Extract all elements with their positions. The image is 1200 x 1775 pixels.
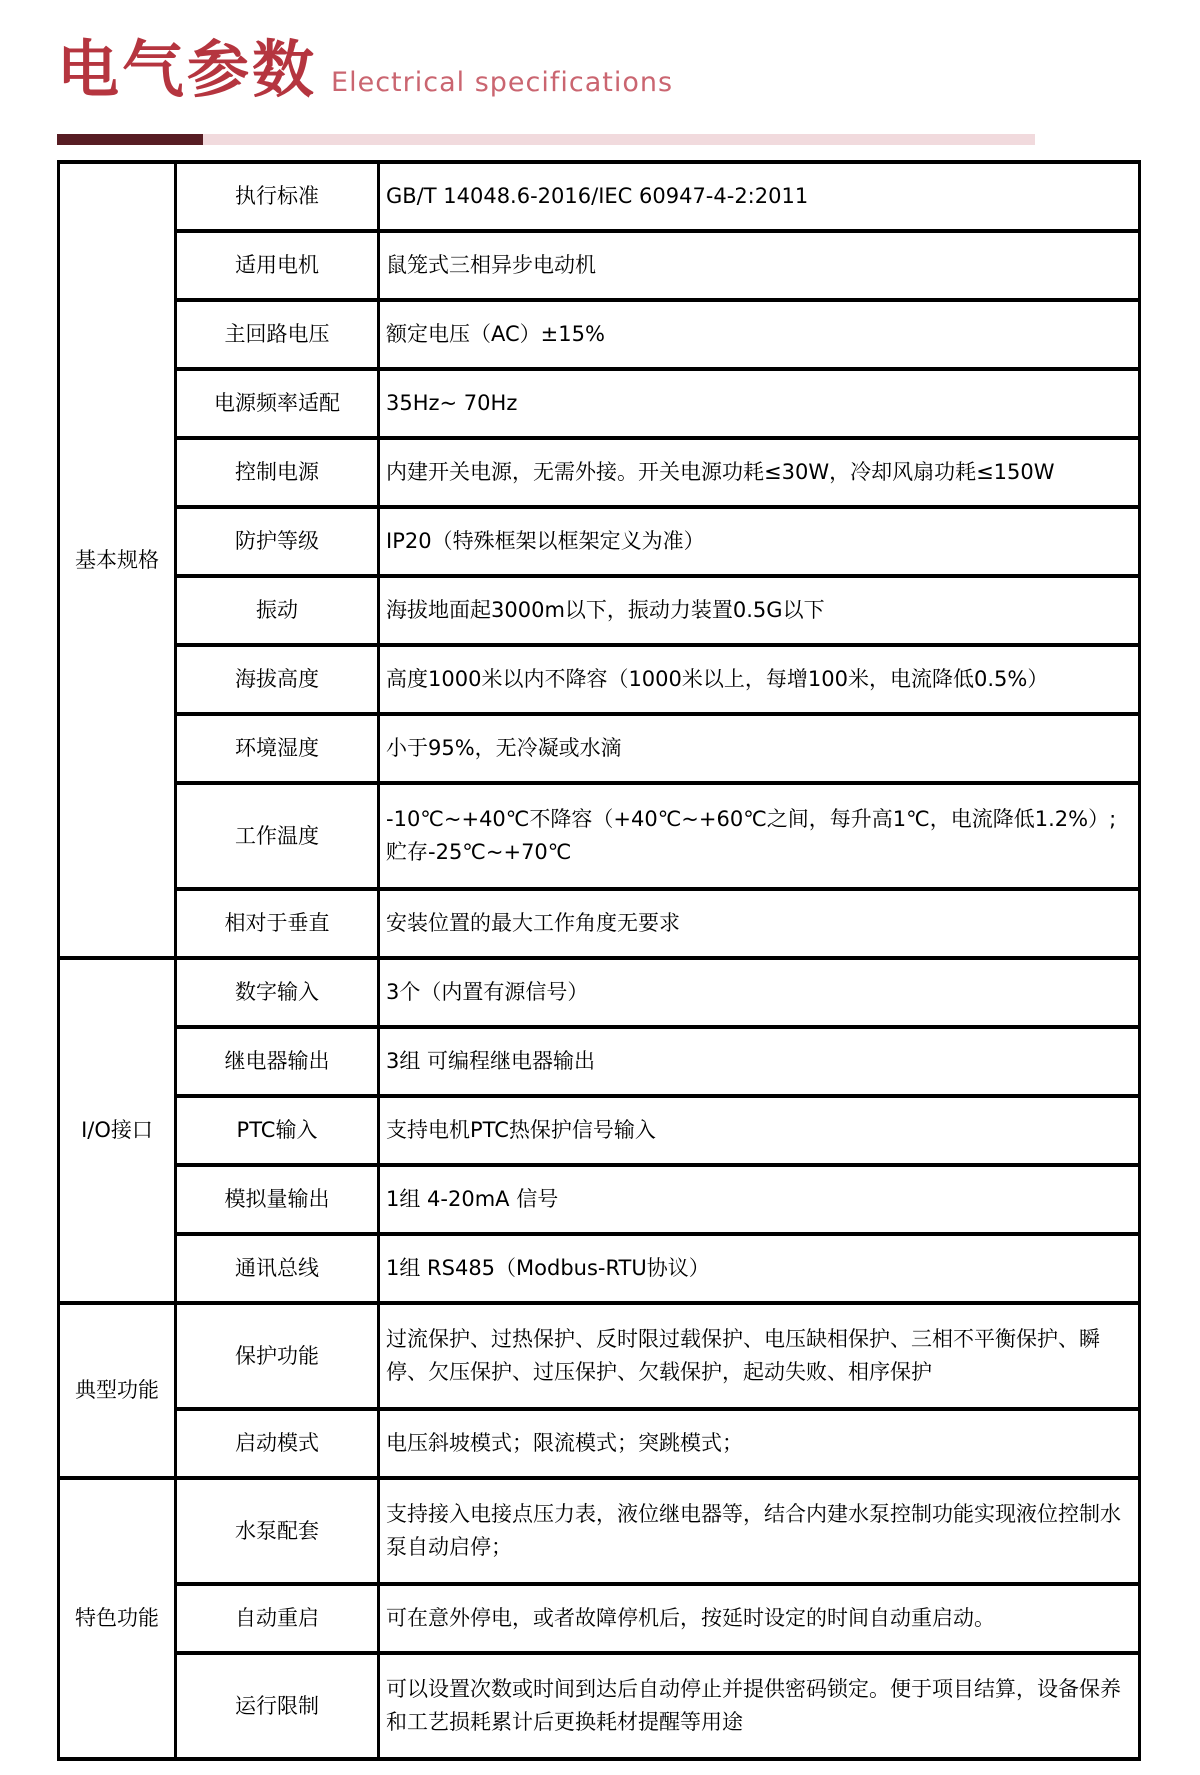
table-row: 控制电源 内建开关电源，无需外接。开关电源功耗≤30W，冷却风扇功耗≤150W bbox=[59, 438, 1140, 507]
param-value: 小于95%，无冷凝或水滴 bbox=[379, 714, 1140, 783]
param-value: GB/T 14048.6-2016/IEC 60947-4-2:2011 bbox=[379, 162, 1140, 231]
table-row: I/O接口 数字输入 3个（内置有源信号） bbox=[59, 958, 1140, 1027]
spec-sheet-page: 电气参数 Electrical specifications 基本规格 执行标准… bbox=[0, 0, 1200, 1761]
table-row: 启动模式 电压斜坡模式；限流模式；突跳模式； bbox=[59, 1409, 1140, 1478]
param-label: PTC输入 bbox=[176, 1096, 379, 1165]
param-label: 自动重启 bbox=[176, 1584, 379, 1653]
param-value: 支持电机PTC热保护信号输入 bbox=[379, 1096, 1140, 1165]
param-value: 1组 4-20mA 信号 bbox=[379, 1165, 1140, 1234]
param-label: 工作温度 bbox=[176, 783, 379, 889]
param-value: 35Hz~ 70Hz bbox=[379, 369, 1140, 438]
table-row: 防护等级 IP20（特殊框架以框架定义为准） bbox=[59, 507, 1140, 576]
table-row: 环境湿度 小于95%，无冷凝或水滴 bbox=[59, 714, 1140, 783]
category-cell-basic-specs: 基本规格 bbox=[59, 162, 176, 958]
category-cell-typical-functions: 典型功能 bbox=[59, 1303, 176, 1478]
table-row: 电源频率适配 35Hz~ 70Hz bbox=[59, 369, 1140, 438]
param-label: 水泵配套 bbox=[176, 1478, 379, 1584]
table-row: 振动 海拔地面起3000m以下，振动力装置0.5G以下 bbox=[59, 576, 1140, 645]
param-value: 电压斜坡模式；限流模式；突跳模式； bbox=[379, 1409, 1140, 1478]
page-title: 电气参数 Electrical specifications bbox=[57, 16, 1138, 104]
param-value: 支持接入电接点压力表，液位继电器等，结合内建水泵控制功能实现液位控制水泵自动启停… bbox=[379, 1478, 1140, 1584]
table-row: 运行限制 可以设置次数或时间到达后自动停止并提供密码锁定。便于项目结算，设备保养… bbox=[59, 1653, 1140, 1759]
table-row: 工作温度 -10℃~+40℃不降容（+40℃~+60℃之间，每升高1℃，电流降低… bbox=[59, 783, 1140, 889]
param-label: 运行限制 bbox=[176, 1653, 379, 1759]
param-value: 安装位置的最大工作角度无要求 bbox=[379, 889, 1140, 958]
param-value: 额定电压（AC）±15% bbox=[379, 300, 1140, 369]
param-value: 海拔地面起3000m以下，振动力装置0.5G以下 bbox=[379, 576, 1140, 645]
category-cell-io: I/O接口 bbox=[59, 958, 176, 1303]
table-row: 相对于垂直 安装位置的最大工作角度无要求 bbox=[59, 889, 1140, 958]
param-value: 1组 RS485（Modbus-RTU协议） bbox=[379, 1234, 1140, 1303]
param-value: 3个（内置有源信号） bbox=[379, 958, 1140, 1027]
param-label: 保护功能 bbox=[176, 1303, 379, 1409]
param-value: 3组 可编程继电器输出 bbox=[379, 1027, 1140, 1096]
param-value: 可在意外停电，或者故障停机后，按延时设定的时间自动重启动。 bbox=[379, 1584, 1140, 1653]
param-label: 控制电源 bbox=[176, 438, 379, 507]
param-label: 电源频率适配 bbox=[176, 369, 379, 438]
param-value: IP20（特殊框架以框架定义为准） bbox=[379, 507, 1140, 576]
param-label: 防护等级 bbox=[176, 507, 379, 576]
table-row: 模拟量输出 1组 4-20mA 信号 bbox=[59, 1165, 1140, 1234]
header: 电气参数 Electrical specifications bbox=[57, 16, 1138, 145]
table-row: 主回路电压 额定电压（AC）±15% bbox=[59, 300, 1140, 369]
table-row: 特色功能 水泵配套 支持接入电接点压力表，液位继电器等，结合内建水泵控制功能实现… bbox=[59, 1478, 1140, 1584]
electrical-spec-table: 基本规格 执行标准 GB/T 14048.6-2016/IEC 60947-4-… bbox=[57, 160, 1141, 1761]
param-label: 主回路电压 bbox=[176, 300, 379, 369]
table-row: 海拔高度 高度1000米以内不降容（1000米以上，每增100米，电流降低0.5… bbox=[59, 645, 1140, 714]
param-label: 相对于垂直 bbox=[176, 889, 379, 958]
table-row: 适用电机 鼠笼式三相异步电动机 bbox=[59, 231, 1140, 300]
param-label: 模拟量输出 bbox=[176, 1165, 379, 1234]
table-row: 自动重启 可在意外停电，或者故障停机后，按延时设定的时间自动重启动。 bbox=[59, 1584, 1140, 1653]
param-label: 执行标准 bbox=[176, 162, 379, 231]
param-label: 振动 bbox=[176, 576, 379, 645]
title-chinese: 电气参数 bbox=[57, 36, 317, 104]
param-label: 启动模式 bbox=[176, 1409, 379, 1478]
category-cell-special-functions: 特色功能 bbox=[59, 1478, 176, 1759]
title-underline-bar bbox=[57, 134, 1035, 145]
param-label: 继电器输出 bbox=[176, 1027, 379, 1096]
table-row: 通讯总线 1组 RS485（Modbus-RTU协议） bbox=[59, 1234, 1140, 1303]
param-value: 高度1000米以内不降容（1000米以上，每增100米，电流降低0.5%） bbox=[379, 645, 1140, 714]
param-value: 鼠笼式三相异步电动机 bbox=[379, 231, 1140, 300]
param-value: 内建开关电源，无需外接。开关电源功耗≤30W，冷却风扇功耗≤150W bbox=[379, 438, 1140, 507]
table-row: 典型功能 保护功能 过流保护、过热保护、反时限过载保护、电压缺相保护、三相不平衡… bbox=[59, 1303, 1140, 1409]
table-row: PTC输入 支持电机PTC热保护信号输入 bbox=[59, 1096, 1140, 1165]
param-label: 海拔高度 bbox=[176, 645, 379, 714]
table-row: 基本规格 执行标准 GB/T 14048.6-2016/IEC 60947-4-… bbox=[59, 162, 1140, 231]
table-row: 继电器输出 3组 可编程继电器输出 bbox=[59, 1027, 1140, 1096]
param-value: -10℃~+40℃不降容（+40℃~+60℃之间，每升高1℃，电流降低1.2%）… bbox=[379, 783, 1140, 889]
title-english: Electrical specifications bbox=[331, 67, 673, 104]
param-label: 数字输入 bbox=[176, 958, 379, 1027]
param-label: 环境湿度 bbox=[176, 714, 379, 783]
title-underline-dark-segment bbox=[57, 134, 203, 145]
param-label: 适用电机 bbox=[176, 231, 379, 300]
param-value: 过流保护、过热保护、反时限过载保护、电压缺相保护、三相不平衡保护、瞬停、欠压保护… bbox=[379, 1303, 1140, 1409]
param-label: 通讯总线 bbox=[176, 1234, 379, 1303]
param-value: 可以设置次数或时间到达后自动停止并提供密码锁定。便于项目结算，设备保养和工艺损耗… bbox=[379, 1653, 1140, 1759]
